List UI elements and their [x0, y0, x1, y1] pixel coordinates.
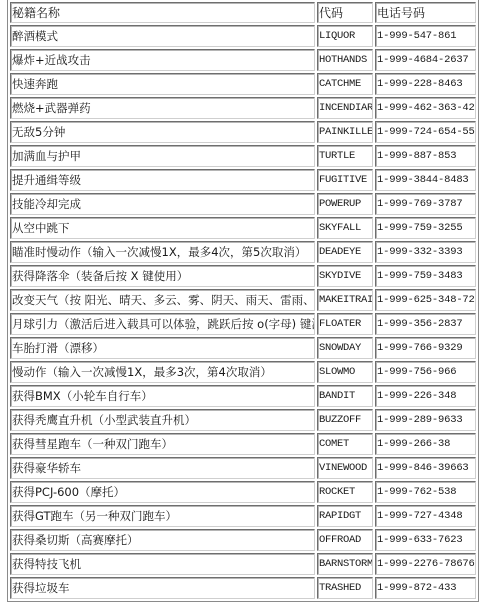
cheat-code-cell: BUZZOFF: [317, 409, 373, 431]
table-row: 快速奔跑 CATCHME 1-999-228-8463: [10, 73, 476, 95]
phone-number-cell: 1-999-226-348: [375, 385, 476, 407]
table-row: 获得秃鹰直升机（小型武装直升机） BUZZOFF 1-999-289-9633: [10, 409, 476, 431]
table-row: 燃烧+武器弹药 INCENDIARY 1-999-462-363-4279: [10, 97, 476, 119]
table-row: 改变天气（按 阳光、晴天、多云、雾、阴天、雨天、雷雨、下雪） MAKEITRAI…: [10, 289, 476, 311]
cheat-code-cell: MAKEITRAIN: [317, 289, 373, 311]
table-row: 获得BMX（小轮车自行车） BANDIT 1-999-226-348: [10, 385, 476, 407]
phone-number-cell: 1-999-332-3393: [375, 241, 476, 263]
cheat-name-cell: 无敌5分钟: [10, 121, 315, 143]
cheat-code-cell: DEADEYE: [317, 241, 373, 263]
cheat-name-cell: 获得垃圾车: [10, 577, 315, 599]
cheat-name-cell: 慢动作（输入一次减慢1X，最多3次，第4次取消）: [10, 361, 315, 383]
cheat-name-cell: 获得特技飞机: [10, 553, 315, 575]
phone-number-cell: 1-999-266-38: [375, 433, 476, 455]
table-row: 获得豪华轿车 VINEWOOD 1-999-846-39663: [10, 457, 476, 479]
table-row: 获得垃圾车 TRASHED 1-999-872-433: [10, 577, 476, 599]
cheat-name-cell: 获得豪华轿车: [10, 457, 315, 479]
table-row: 获得PCJ-600（摩托） ROCKET 1-999-762-538: [10, 481, 476, 503]
phone-number-cell: 1-999-724-654-5537: [375, 121, 476, 143]
cheat-code-cell: FLOATER: [317, 313, 373, 335]
cheat-name-cell: 从空中跳下: [10, 217, 315, 239]
cheat-name-cell: 获得降落伞（装备后按 X 键使用）: [10, 265, 315, 287]
table-row: 获得GT跑车（另一种双门跑车） RAPIDGT 1-999-727-4348: [10, 505, 476, 527]
table-header-row: 秘籍名称 代码 电话号码: [10, 2, 476, 23]
phone-number-cell: 1-999-759-3255: [375, 217, 476, 239]
table-row: 获得彗星跑车（一种双门跑车） COMET 1-999-266-38: [10, 433, 476, 455]
table-row: 获得降落伞（装备后按 X 键使用） SKYDIVE 1-999-759-3483: [10, 265, 476, 287]
cheat-code-cell: COMET: [317, 433, 373, 455]
cheat-code-cell: RAPIDGT: [317, 505, 373, 527]
header-code: 代码: [317, 2, 373, 23]
cheat-code-cell: SKYDIVE: [317, 265, 373, 287]
cheat-code-cell: OFFROAD: [317, 529, 373, 551]
phone-number-cell: 1-999-872-433: [375, 577, 476, 599]
cheat-code-cell: FUGITIVE: [317, 169, 373, 191]
cheat-codes-table: 秘籍名称 代码 电话号码 醉酒模式 LIQUOR 1-999-547-861 爆…: [8, 0, 478, 601]
table-row: 瞄准时慢动作（输入一次减慢1X，最多4次，第5次取消） DEADEYE 1-99…: [10, 241, 476, 263]
phone-number-cell: 1-999-846-39663: [375, 457, 476, 479]
cheat-name-cell: 爆炸+近战攻击: [10, 49, 315, 71]
cheat-name-cell: 获得秃鹰直升机（小型武装直升机）: [10, 409, 315, 431]
phone-number-cell: 1-999-756-966: [375, 361, 476, 383]
table-row: 车胎打滑（漂移） SNOWDAY 1-999-766-9329: [10, 337, 476, 359]
table-row: 慢动作（输入一次减慢1X，最多3次，第4次取消） SLOWMO 1-999-75…: [10, 361, 476, 383]
cheat-name-cell: 月球引力（激活后进入载具可以体验，跳跃后按 o(字母) 键漂浮）: [10, 313, 315, 335]
cheat-name-cell: 燃烧+武器弹药: [10, 97, 315, 119]
cheat-name-cell: 车胎打滑（漂移）: [10, 337, 315, 359]
table-row: 获得桑切斯（高赛摩托） OFFROAD 1-999-633-7623: [10, 529, 476, 551]
cheat-code-cell: BANDIT: [317, 385, 373, 407]
phone-number-cell: 1-999-547-861: [375, 25, 476, 47]
cheat-code-cell: INCENDIARY: [317, 97, 373, 119]
phone-number-cell: 1-999-3844-8483: [375, 169, 476, 191]
cheat-code-cell: TRASHED: [317, 577, 373, 599]
cheat-code-cell: CATCHME: [317, 73, 373, 95]
cheat-code-cell: PAINKILLER: [317, 121, 373, 143]
table-row: 醉酒模式 LIQUOR 1-999-547-861: [10, 25, 476, 47]
table-row: 月球引力（激活后进入载具可以体验，跳跃后按 o(字母) 键漂浮） FLOATER…: [10, 313, 476, 335]
phone-number-cell: 1-999-228-8463: [375, 73, 476, 95]
table-row: 加满血与护甲 TURTLE 1-999-887-853: [10, 145, 476, 167]
table-row: 提升通缉等级 FUGITIVE 1-999-3844-8483: [10, 169, 476, 191]
cheat-code-cell: HOTHANDS: [317, 49, 373, 71]
table-row: 爆炸+近战攻击 HOTHANDS 1-999-4684-2637: [10, 49, 476, 71]
cheat-code-cell: SNOWDAY: [317, 337, 373, 359]
phone-number-cell: 1-999-289-9633: [375, 409, 476, 431]
cheat-code-cell: SLOWMO: [317, 361, 373, 383]
cheat-name-cell: 提升通缉等级: [10, 169, 315, 191]
cheat-code-cell: LIQUOR: [317, 25, 373, 47]
cheat-code-cell: ROCKET: [317, 481, 373, 503]
cheat-name-cell: 获得GT跑车（另一种双门跑车）: [10, 505, 315, 527]
table-row: 无敌5分钟 PAINKILLER 1-999-724-654-5537: [10, 121, 476, 143]
phone-number-cell: 1-999-887-853: [375, 145, 476, 167]
cheat-name-cell: 获得BMX（小轮车自行车）: [10, 385, 315, 407]
cheat-name-cell: 加满血与护甲: [10, 145, 315, 167]
cheat-code-cell: BARNSTORM: [317, 553, 373, 575]
phone-number-cell: 1-999-4684-2637: [375, 49, 476, 71]
phone-number-cell: 1-999-625-348-7246: [375, 289, 476, 311]
phone-number-cell: 1-999-633-7623: [375, 529, 476, 551]
phone-number-cell: 1-999-727-4348: [375, 505, 476, 527]
table-row: 获得特技飞机 BARNSTORM 1-999-2276-78676: [10, 553, 476, 575]
cheat-name-cell: 改变天气（按 阳光、晴天、多云、雾、阴天、雨天、雷雨、下雪）: [10, 289, 315, 311]
cheat-codes-table-container: 秘籍名称 代码 电话号码 醉酒模式 LIQUOR 1-999-547-861 爆…: [7, 0, 479, 602]
phone-number-cell: 1-999-2276-78676: [375, 553, 476, 575]
cheat-code-cell: POWERUP: [317, 193, 373, 215]
cheat-name-cell: 快速奔跑: [10, 73, 315, 95]
table-row: 从空中跳下 SKYFALL 1-999-759-3255: [10, 217, 476, 239]
cheat-name-cell: 技能冷却完成: [10, 193, 315, 215]
phone-number-cell: 1-999-462-363-4279: [375, 97, 476, 119]
cheat-name-cell: 醉酒模式: [10, 25, 315, 47]
phone-number-cell: 1-999-356-2837: [375, 313, 476, 335]
header-phone-number: 电话号码: [375, 2, 476, 23]
cheat-name-cell: 获得桑切斯（高赛摩托）: [10, 529, 315, 551]
phone-number-cell: 1-999-762-538: [375, 481, 476, 503]
cheat-name-cell: 获得彗星跑车（一种双门跑车）: [10, 433, 315, 455]
cheat-name-cell: 获得PCJ-600（摩托）: [10, 481, 315, 503]
header-cheat-name: 秘籍名称: [10, 2, 315, 23]
cheat-name-cell: 瞄准时慢动作（输入一次减慢1X，最多4次，第5次取消）: [10, 241, 315, 263]
cheat-code-cell: VINEWOOD: [317, 457, 373, 479]
cheat-code-cell: TURTLE: [317, 145, 373, 167]
table-row: 技能冷却完成 POWERUP 1-999-769-3787: [10, 193, 476, 215]
phone-number-cell: 1-999-759-3483: [375, 265, 476, 287]
cheat-code-cell: SKYFALL: [317, 217, 373, 239]
phone-number-cell: 1-999-769-3787: [375, 193, 476, 215]
phone-number-cell: 1-999-766-9329: [375, 337, 476, 359]
